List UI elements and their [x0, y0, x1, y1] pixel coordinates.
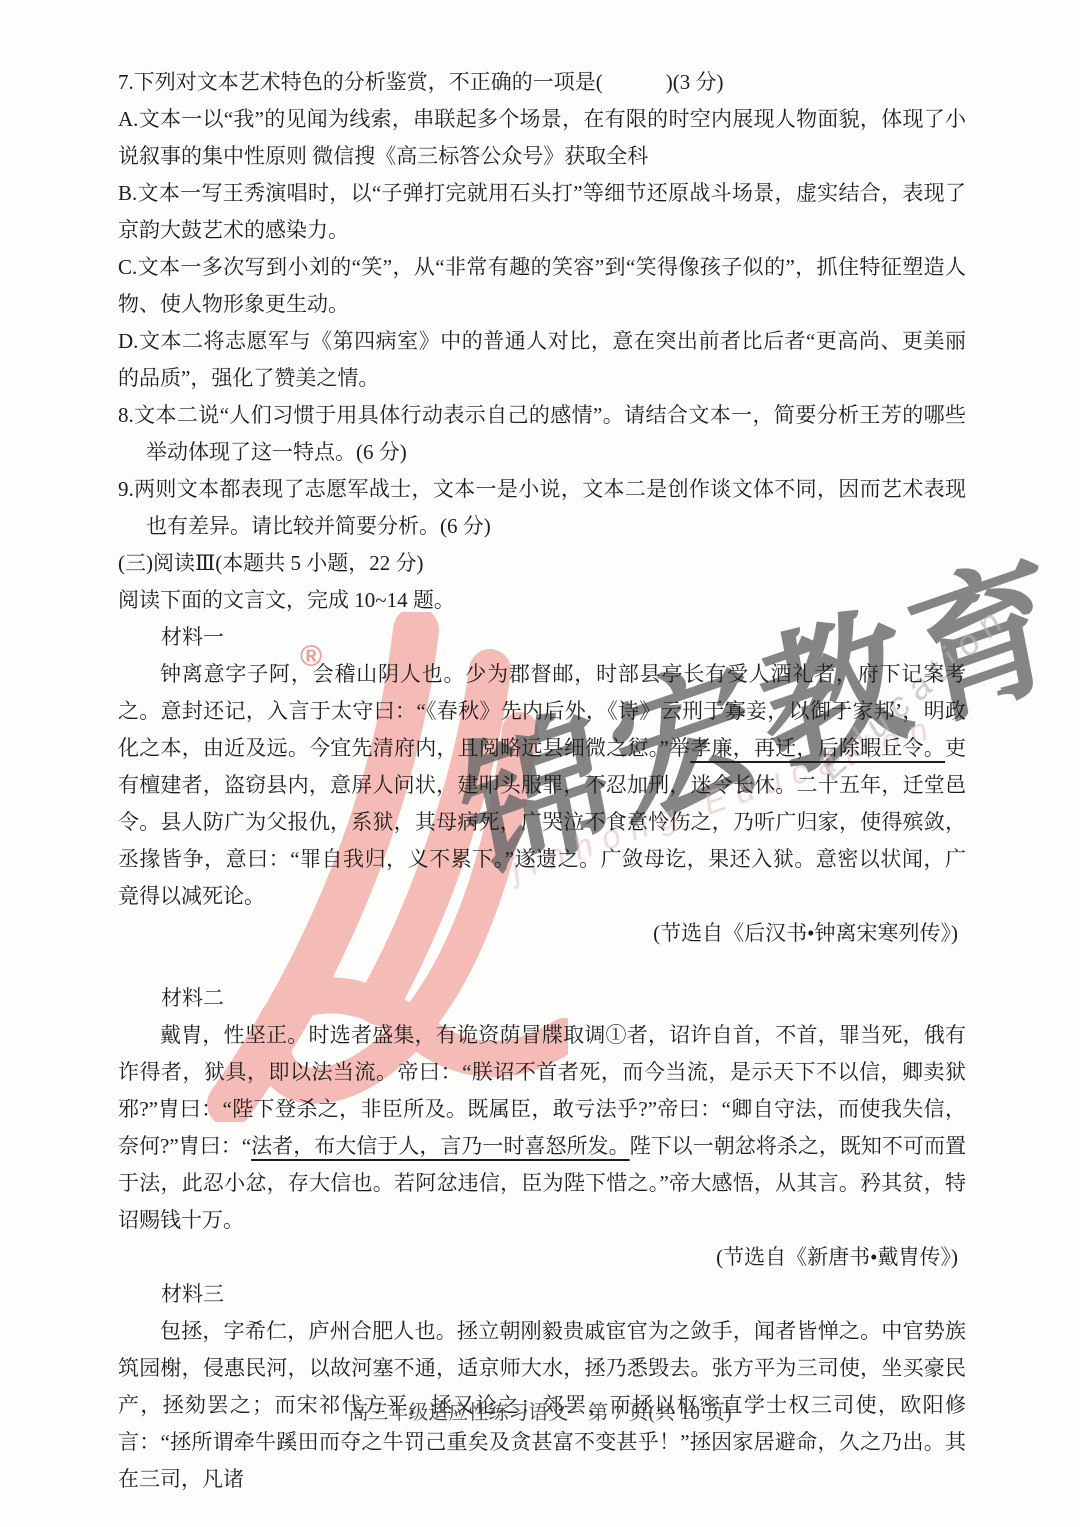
- question-8: 8.文本二说“人们习惯于用具体行动表示自己的感情”。请结合文本一，简要分析王芳的…: [118, 397, 966, 471]
- section-3-heading: (三)阅读Ⅲ(本题共 5 小题，22 分): [118, 545, 966, 582]
- material-2-paragraph: 戴胄，性坚正。时选者盛集，有诡资荫冒牒取调①者，诏许自首，不首，罪当死，俄有诈得…: [118, 1017, 966, 1239]
- question-9: 9.两则文本都表现了志愿军战士，文本一是小说，文本二是创作谈文体不同，因而艺术表…: [118, 471, 966, 545]
- material-1-paragraph: 钟离意字子阿，会稽山阴人也。少为郡督邮，时部县亭长有受人酒礼者，府下记案考之。意…: [118, 656, 966, 915]
- material-1-underlined-text: 孝廉，再迁，后除暇丘令。: [690, 736, 945, 760]
- option-b: B.文本一写王秀演唱时，以“子弹打完就用石头打”等细节还原战斗场景，虚实结合，表…: [118, 175, 966, 249]
- question-7: 7.下列对文本艺术特色的分析鉴赏，不正确的一项是( )(3 分): [118, 64, 966, 101]
- exam-body: 7.下列对文本艺术特色的分析鉴赏，不正确的一项是( )(3 分) A.文本一以“…: [118, 64, 966, 1498]
- option-a: A.文本一以“我”的见闻为线索，串联起多个场景，在有限的时空内展现人物面貌，体现…: [118, 101, 966, 175]
- material-2-underlined-text: 法者，布大信于人，言乃一时喜怒所发。: [251, 1134, 630, 1158]
- material-2-citation: (节选自《新唐书•戴胄传》): [118, 1239, 966, 1276]
- material-2-heading: 材料二: [118, 980, 966, 1017]
- option-c: C.文本一多次写到小刘的“笑”，从“非常有趣的笑容”到“笑得像孩子似的”，抓住特…: [118, 249, 966, 323]
- material-1-heading: 材料一: [118, 619, 966, 656]
- material-1-text-continued: 吏有檀建者，盗窃县内，意屏人问状，建叩头服罪，不忍加刑，迷令长休。二十五年，迁堂…: [118, 736, 966, 908]
- reading-instruction: 阅读下面的文言文，完成 10~14 题。: [118, 582, 966, 619]
- exam-page: ® 锦宏教育 Education jinhong Education 7.下列对…: [0, 0, 1080, 1527]
- option-d: D.文本二将志愿军与《第四病室》中的普通人对比，意在突出前者比后者“更高尚、更美…: [118, 323, 966, 397]
- page-footer: 高三年级适应性练习语文 第 7 页(共 10 页): [0, 1396, 1080, 1425]
- material-1-citation: (节选自《后汉书•钟离宋寒列传》): [118, 915, 966, 952]
- material-3-heading: 材料三: [118, 1276, 966, 1313]
